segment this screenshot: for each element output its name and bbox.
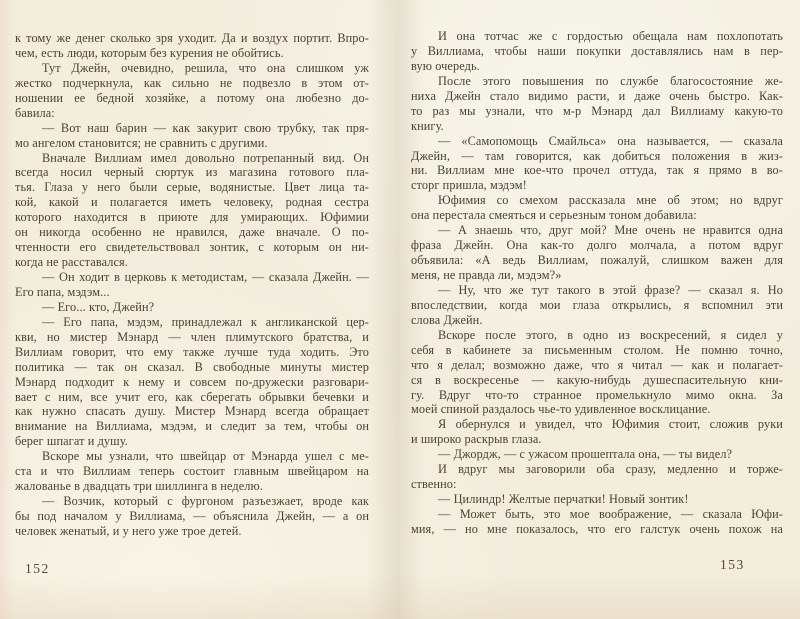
text-line: которого находится в приюте для умирающи… [15,210,369,225]
text-line: — А знаешь что, друг мой? Мне очень не н… [411,223,783,238]
text-line: впоследствии, когда мои глаза открылись,… [411,298,783,313]
text-line: она перестала смеяться и серьезным тоном… [411,208,783,223]
text-line: — Джордж, — с ужасом прошептала она, — т… [411,447,783,462]
text-line: Юфимия со смехом рассказала мне об этом;… [411,193,783,208]
left-page-number: 152 [25,561,50,577]
text-line: Мэнард подходит к нему и совсем по-друже… [15,375,369,390]
left-page-text: к тому же денег сколько зря уходит. Да и… [15,31,369,539]
text-line: ста и что Виллиам теперь состоит главным… [15,464,369,479]
text-line: моей спиной раздалось чье-то удивленное … [411,402,783,417]
text-line: После этого повышения по службе благосос… [411,74,783,89]
text-line: меня, не правда ли, мэдэм?» [411,268,783,283]
text-line: Вскоре мы узнали, что швейцар от Мэнарда… [15,449,369,464]
text-line: объявила: «А ведь Виллиам, пожалуй, слиш… [411,253,783,268]
text-line: И вдруг мы заговорили оба сразу, медленн… [411,462,783,477]
text-line: гу. Вдруг что-то странное промелькнуло м… [411,388,783,403]
text-line: и широко раскрыв глаза. [411,432,783,447]
text-line: ношении ее бедной хозяйке, а потому она … [15,91,369,106]
text-line: Тут Джейн, очевидно, решила, что она сли… [15,61,369,76]
text-line: человек женатый, и у него уже трое детей… [15,524,369,539]
text-line: И она тотчас же с гордостью обещала нам … [411,29,783,44]
text-line: Джейн, — там говорится, как добиться пол… [411,149,783,164]
text-line: как нужно спасать душу. Мистер Мэнард вс… [15,404,369,419]
text-line: ни. Виллиам мне кое-что прочел оттуда, т… [411,163,783,178]
text-line: чем, есть люди, которым без курения не о… [15,46,369,61]
right-page-number: 153 [720,557,745,573]
text-line: чтенности его свидетельствовал зонтик, с… [15,240,369,255]
text-line: мия, — но мне показалось, что его галсту… [411,522,783,537]
text-line: — Его... кто, Джейн? [15,300,369,315]
text-line: — Его папа, мэдэм, принадлежал к англика… [15,315,369,330]
text-line: — Возчик, который с фургоном разъезжает,… [15,494,369,509]
text-line: вает с ним, все учит его, как сберегать … [15,390,369,405]
text-line: фраза Джейн. Она как-то долго молчала, а… [411,238,783,253]
text-line: вую очередь. [411,59,783,74]
text-line: берег шпагат и душу. [15,434,369,449]
text-line: бавила: [15,106,369,121]
text-line: тья. Глаза у него были серые, водянистые… [15,180,369,195]
text-line: мо ангелом становится; не сравнить с дру… [15,136,369,151]
text-line: себя в кабинете за письменным столом. Не… [411,343,783,358]
text-line: — Может быть, это мое воображение, — ска… [411,507,783,522]
text-line: Я обернулся и увидел, что Юфимия стоит, … [411,417,783,432]
text-line: он никогда особенно не нравился, даже вн… [15,225,369,240]
text-line: Вскоре после этого, в одно из воскресени… [411,328,783,343]
text-line: Его папа, мэдэм... [15,285,369,300]
text-line: политика — так он сказал. В свободные ми… [15,360,369,375]
text-line: внимание на Виллиама, мэдэм, и следит за… [15,419,369,434]
text-line: когда не расставался. [15,255,369,270]
text-line: ственно: [411,477,783,492]
text-line: Вначале Виллиам имел довольно потрепанны… [15,151,369,166]
text-line: бы под началом у Виллиама, — объяснила Д… [15,509,369,524]
text-line: — Ну, что же тут такого в этой фразе? — … [411,283,783,298]
text-line: кви, но мистер Мэнард — член плимутского… [15,330,369,345]
text-line: Виллиам говорит, что ему также лучше туд… [15,345,369,360]
text-line: книгу. [411,119,783,134]
text-line: ся в воскресенье — какую-нибудь душеспас… [411,373,783,388]
text-line: что я делал; возможно даже, что я читал … [411,358,783,373]
text-line: — Вот наш барин — как закурит свою трубк… [15,121,369,136]
text-line: всегда носил черный сюртук из магазина г… [15,165,369,180]
text-line: — «Самопомощь Смайльса» она называется, … [411,134,783,149]
text-line: ниха Джейн стало видимо расти, и даже оч… [411,89,783,104]
text-line: кой, какой и полагается иметь человеку, … [15,195,369,210]
text-line: — Он ходит в церковь к методистам, — ска… [15,270,369,285]
text-line: сторг пришла, мэдэм! [411,178,783,193]
right-page-text: И она тотчас же с гордостью обещала нам … [411,29,783,537]
text-line: слова Джейн. [411,313,783,328]
text-line: — Цилиндр! Желтые перчатки! Новый зонтик… [411,492,783,507]
text-line: к тому же денег сколько зря уходит. Да и… [15,31,369,46]
text-line: у Виллиама, чтобы наши покупки доставлял… [411,44,783,59]
text-line: то раз мы узнали, что м-р Мэнард дал Вил… [411,104,783,119]
text-line: жестко подчеркнула, как сильно не подвез… [15,76,369,91]
text-line: жалованье в двадцать три шиллинга в неде… [15,479,369,494]
